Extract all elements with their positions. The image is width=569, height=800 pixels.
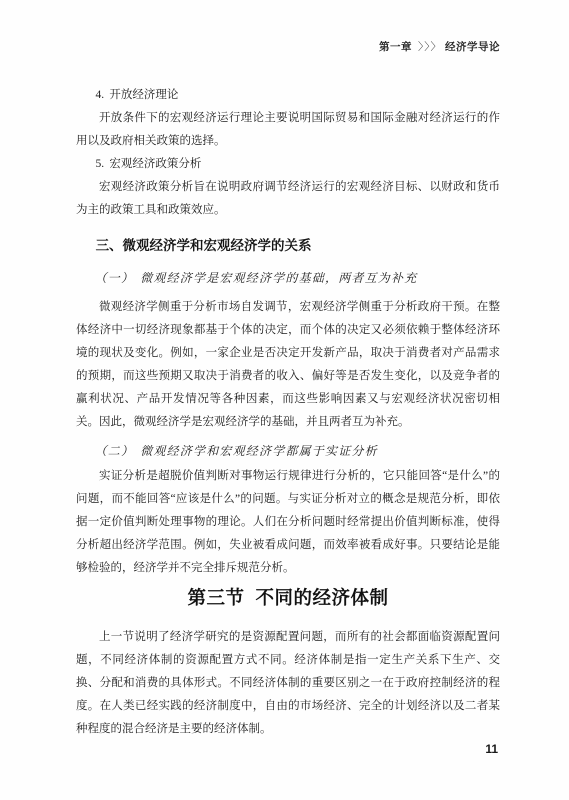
paragraph-positive-analysis: 实证分析是超脱价值判断对事物运行规律进行分析的，它只能回答“是什么”的问题，而不… xyxy=(76,465,500,580)
page-number: 11 xyxy=(485,742,498,756)
paragraph-economic-systems: 上一节说明了经济学研究的是资源配置问题，而所有的社会都面临资源配置问题，不同经济… xyxy=(76,626,500,741)
section-title-economic-systems: 第三节不同的经济体制 xyxy=(76,586,500,612)
item-number: 5. xyxy=(96,158,105,170)
chapter-label: 第一章 xyxy=(379,41,412,53)
book-page: 第一章〉〉〉经济学导论 4.开放经济理论 开放条件下的宏观经济运行理论主要说明国… xyxy=(0,0,569,800)
chevrons-icon: 〉〉〉 xyxy=(418,41,442,53)
numbered-item-5: 5.宏观经济政策分析 xyxy=(76,153,500,176)
section-number: 第三节 xyxy=(187,589,244,609)
paragraph-macro-policy: 宏观经济政策分析旨在说明政府调节经济运行的宏观经济目标、以财政和货币为主的政策工… xyxy=(76,176,500,222)
numbered-item-4: 4.开放经济理论 xyxy=(76,84,500,107)
subsection-label: （二） xyxy=(95,444,135,458)
section-name: 不同的经济体制 xyxy=(256,589,389,609)
book-title: 经济学导论 xyxy=(445,41,500,53)
running-header: 第一章〉〉〉经济学导论 xyxy=(76,40,500,54)
paragraph-open-economy: 开放条件下的宏观经济运行理论主要说明国际贸易和国际金融对经济运行的作用以及政府相… xyxy=(76,107,500,153)
section-heading-micro-macro-relation: 三、微观经济学和宏观经济学的关系 xyxy=(76,234,500,257)
subsection-title: 微观经济学和宏观经济学都属于实证分析 xyxy=(140,444,378,458)
item-title: 开放经济理论 xyxy=(109,89,178,101)
subsection-heading-2: （二）微观经济学和宏观经济学都属于实证分析 xyxy=(76,440,500,463)
item-title: 宏观经济政策分析 xyxy=(109,158,201,170)
item-number: 4. xyxy=(96,89,105,101)
subsection-heading-1: （一）微观经济学是宏观经济学的基础，两者互为补充 xyxy=(76,267,500,290)
page-body: 4.开放经济理论 开放条件下的宏观经济运行理论主要说明国际贸易和国际金融对经济运… xyxy=(76,84,500,741)
subsection-title: 微观经济学是宏观经济学的基础，两者互为补充 xyxy=(140,271,417,285)
paragraph-micro-macro-relation: 微观经济学侧重于分析市场自发调节，宏观经济学侧重于分析政府干预。在整体经济中一切… xyxy=(76,296,500,434)
subsection-label: （一） xyxy=(95,271,135,285)
